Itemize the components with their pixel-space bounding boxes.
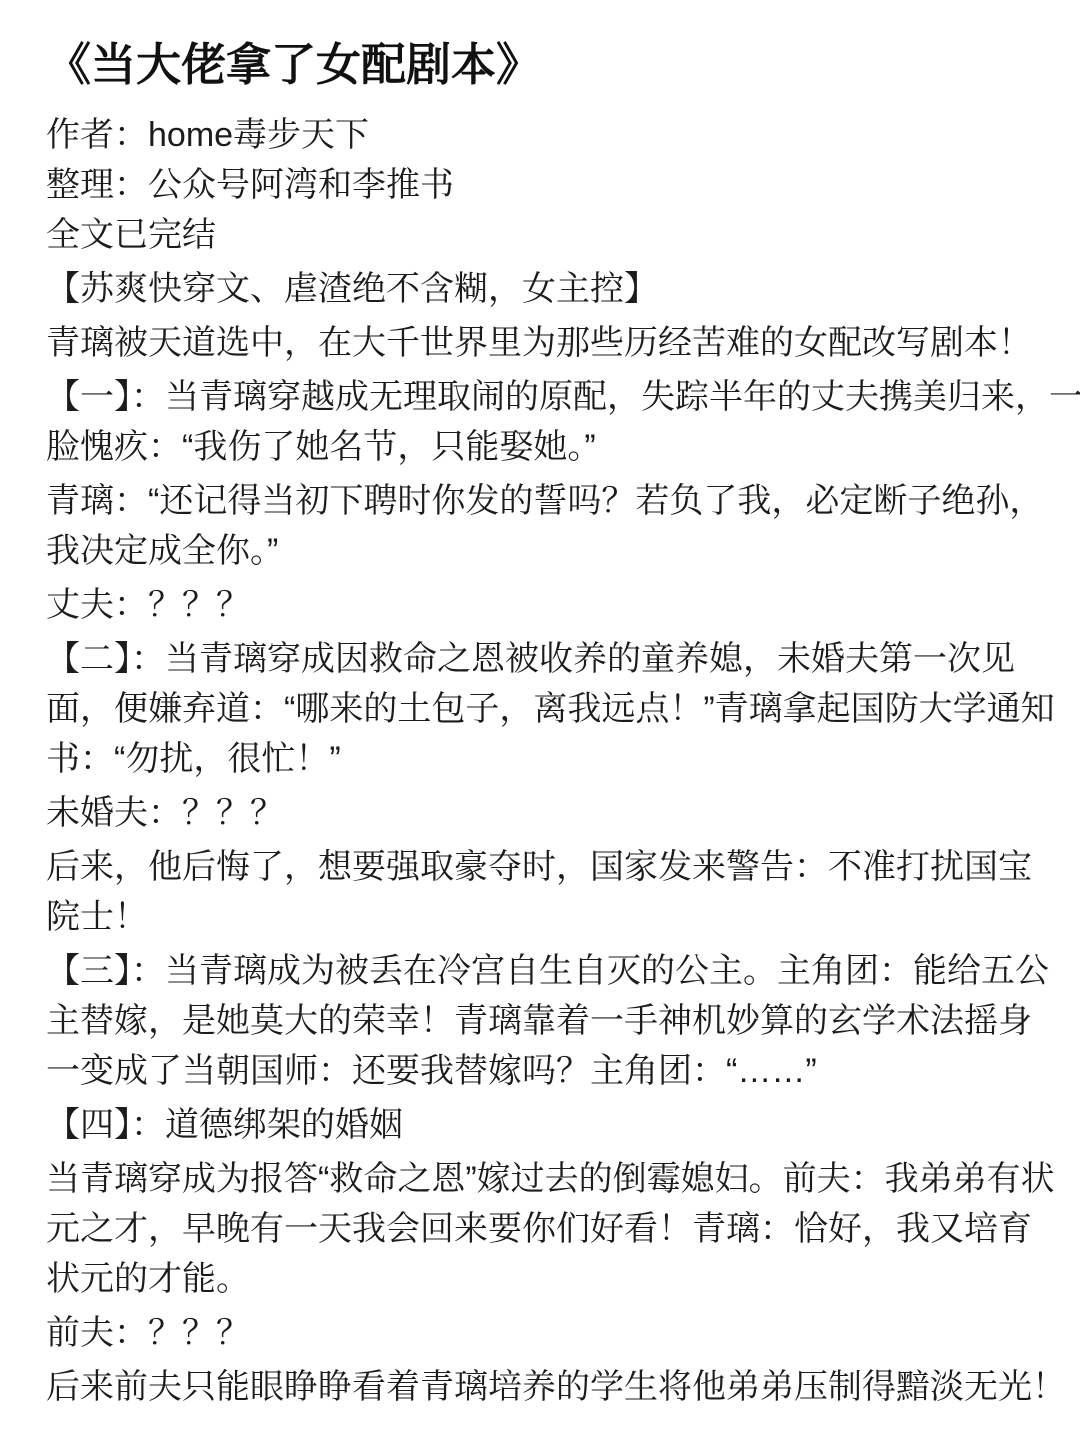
world-2-followup: 后来，他后悔了，想要强取豪夺时，国家发来警告：不准打扰国宝院士！: [46, 842, 1058, 942]
book-title: 《当大佬拿了女配剧本》: [46, 36, 1058, 94]
world-4-exhusband-reaction: 前夫：？？？: [46, 1308, 1058, 1358]
world-1-intro: 【一】：当青璃穿越成无理取闹的原配，失踪半年的丈夫携美归来，一脸愧疚：“我伤了她…: [46, 372, 1080, 472]
world-1-husband-reaction: 丈夫：？？？: [46, 580, 1058, 630]
document-page: 《当大佬拿了女配剧本》 作者：home毒步天下 整理：公众号阿湾和李推书 全文已…: [0, 0, 1080, 1436]
world-4-followup: 后来前夫只能眼睁睁看着青璃培养的学生将他弟弟压制得黯淡无光！: [46, 1362, 1080, 1412]
world-2-intro: 【二】：当青璃穿成因救命之恩被收养的童养媳，未婚夫第一次见面，便嫌弃道：“哪来的…: [46, 634, 1058, 784]
tags-line: 【苏爽快穿文、虐渣绝不含糊，女主控】: [46, 264, 1058, 314]
world-4-intro: 当青璃穿成为报答“救命之恩”嫁过去的倒霉媳妇。前夫：我弟弟有状元之才，早晚有一天…: [46, 1154, 1058, 1304]
synopsis-block: 【苏爽快穿文、虐渣绝不含糊，女主控】 青璃被天道选中，在大千世界里为那些历经苦难…: [46, 264, 1058, 1412]
premise-line: 青璃被天道选中，在大千世界里为那些历经苦难的女配改写剧本！: [46, 318, 1058, 368]
completion-status-line: 全文已完结: [46, 210, 1058, 260]
author-line: 作者：home毒步天下: [46, 110, 1058, 160]
world-3-intro: 【三】：当青璃成为被丢在冷宫自生自灭的公主。主角团：能给五公主替嫁，是她莫大的荣…: [46, 946, 1058, 1096]
meta-block: 作者：home毒步天下 整理：公众号阿湾和李推书 全文已完结: [46, 110, 1058, 260]
curator-line: 整理：公众号阿湾和李推书: [46, 160, 1058, 210]
world-2-fiance-reaction: 未婚夫：？？？: [46, 788, 1058, 838]
world-4-heading: 【四】：道德绑架的婚姻: [46, 1100, 1058, 1150]
world-1-heroine-quote: 青璃：“还记得当初下聘时你发的誓吗？若负了我，必定断子绝孙，我决定成全你。”: [46, 476, 1058, 576]
